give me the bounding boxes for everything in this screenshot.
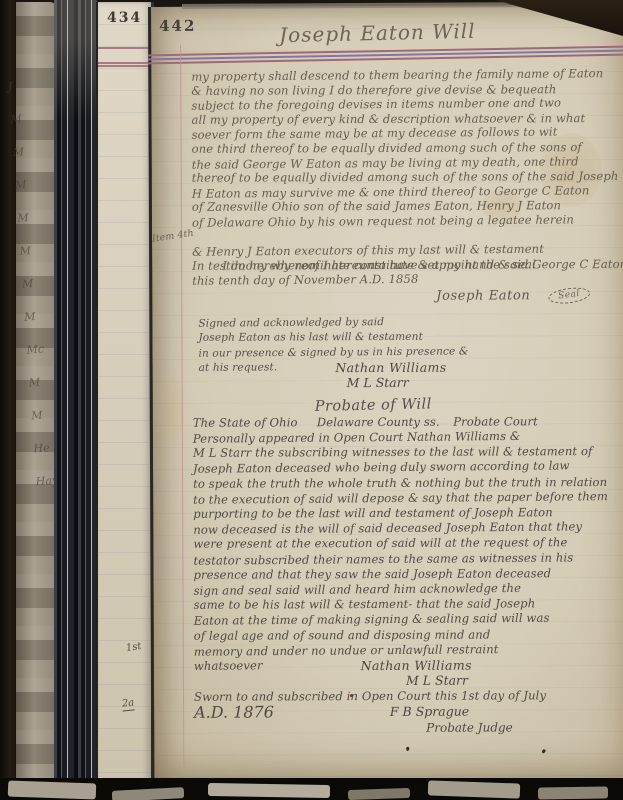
probate-date: A.D. 1876 (194, 705, 274, 721)
handwritten-record: my property shall descend to them bearin… (191, 67, 623, 737)
marbled-page-edges (54, 0, 97, 784)
edge-letter: M (31, 409, 54, 423)
edge-letter: M (24, 310, 47, 324)
edge-letter: M (22, 277, 45, 291)
edge-letter: M (10, 113, 33, 127)
page-title: Joseph Eaton Will (279, 19, 476, 47)
red-rule-line (98, 62, 151, 64)
witness-signature-ml-starr: M L Starr (199, 374, 623, 392)
page-number-442: 442 (159, 17, 196, 35)
book-bottom-edge (0, 778, 623, 800)
ledger-page-442: 442 Joseph Eaton Will my property shall … (148, 5, 623, 783)
probate-line: testator subscribed their names to the s… (193, 550, 623, 569)
ledger-book-scan: J M M M M M M M Mc M M He Hay 434 1st 2a… (0, 0, 623, 800)
edge-letter: M (12, 146, 35, 160)
edge-letter: M (29, 376, 52, 390)
torn-paper-fragment (112, 787, 184, 800)
red-rule-line (98, 47, 151, 49)
testator-signature: Joseph Eaton (436, 289, 530, 304)
paper-speck (406, 747, 409, 751)
probate-line: whatsoever (194, 658, 263, 674)
item-4-margin-note: Item 4th (151, 227, 193, 247)
edge-letter: Mc (26, 343, 49, 357)
torn-paper-fragment (208, 783, 330, 798)
witness-signature-nathan-williams: Nathan Williams (361, 657, 472, 673)
paper-speck (541, 749, 546, 754)
torn-paper-fragment (348, 788, 410, 800)
edge-letter: J (8, 80, 31, 94)
probate-section: Probate of Will The State of Ohio Delawa… (193, 395, 623, 737)
curled-page-edges: J M M M M M M M Mc M M He Hay (16, 2, 56, 782)
torn-paper-fragment (538, 786, 608, 799)
witness-signature-ml-starr: M L Starr (194, 672, 623, 690)
torn-paper-fragment (8, 780, 97, 799)
edge-letter: M (15, 178, 38, 192)
attestation-clause: Signed and acknowledged by said Joseph E… (198, 314, 623, 392)
previous-leaf-edge: 434 1st 2a (96, 2, 154, 782)
edge-letter: M (19, 244, 42, 258)
attestation-line: at his request. (199, 360, 278, 376)
margin-mark-2a: 2a (121, 697, 135, 711)
will-line: this tenth day of November A.D. 1858 (192, 270, 623, 288)
seal-mark: Seal (548, 286, 591, 306)
torn-paper-fragment (428, 780, 520, 798)
testator-signature-row: Joseph Eaton Seal (192, 288, 623, 306)
page-number-434: 434 (107, 10, 142, 26)
header-rule-lines (148, 46, 623, 66)
judge-signature: F B Sprague (390, 704, 469, 720)
edge-letter: M (17, 211, 40, 225)
page-edge-writing-fragments: J M M M M M M M Mc M M He Hay (8, 80, 59, 489)
edge-letter: He (33, 442, 56, 456)
margin-mark-1st: 1st (125, 641, 142, 655)
margin-rule-line (180, 45, 184, 769)
witness-signature-nathan-williams: Nathan Williams (335, 360, 446, 375)
date-and-judge-row: A.D. 1876 F B Sprague (194, 703, 623, 720)
